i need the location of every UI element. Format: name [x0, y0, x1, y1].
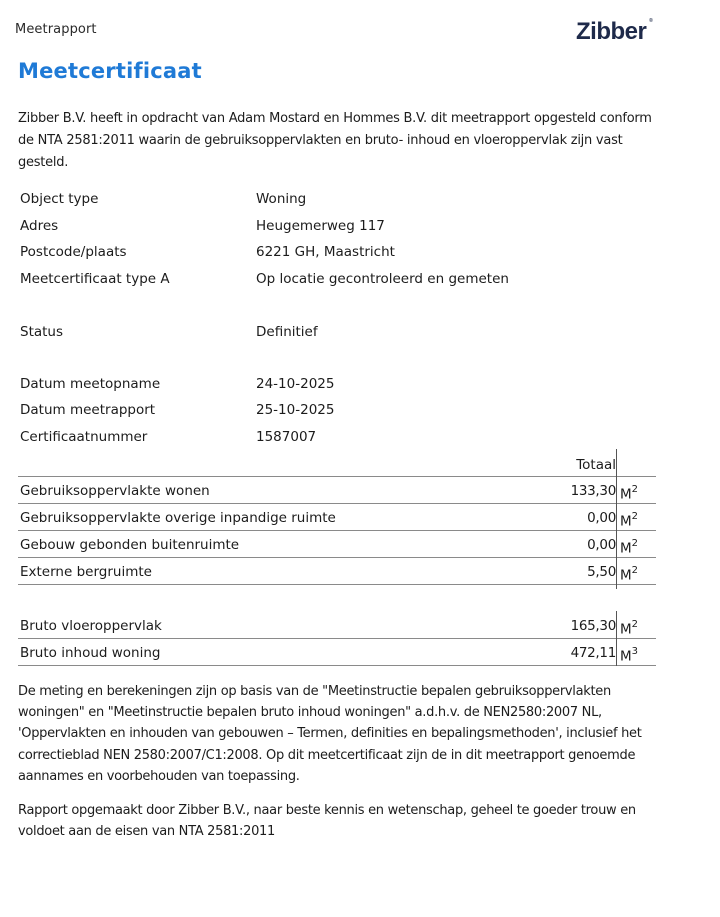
- row-value: 0,00: [587, 532, 616, 558]
- detail-row-survey-date: Datum meetopname 24-10-2025: [20, 374, 580, 394]
- row-value: 133,30: [571, 478, 616, 504]
- table-row: Externe bergruimte 5,50 M2: [18, 558, 656, 585]
- detail-label: Postcode/plaats: [20, 242, 127, 262]
- detail-row-object-type: Object type Woning: [20, 189, 580, 209]
- table-row: Gebruiksoppervlakte overige inpandige ru…: [18, 504, 656, 531]
- detail-row-report-date: Datum meetrapport 25-10-2025: [20, 400, 580, 420]
- detail-value: 24-10-2025: [256, 374, 334, 394]
- row-label: Bruto vloeroppervlak: [20, 613, 162, 639]
- row-label: Gebruiksoppervlakte wonen: [20, 478, 210, 504]
- detail-row-address: Adres Heugemerweg 117: [20, 216, 580, 236]
- row-value: 0,00: [587, 505, 616, 531]
- detail-label: Object type: [20, 189, 98, 209]
- column-divider: [616, 611, 617, 666]
- row-label: Gebouw gebonden buitenruimte: [20, 532, 239, 558]
- page-title: Meetcertificaat: [18, 59, 202, 83]
- detail-value: Definitief: [256, 322, 318, 342]
- detail-label: Certificaatnummer: [20, 427, 147, 447]
- table-header-row: Totaal: [18, 450, 656, 477]
- detail-label: Adres: [20, 216, 58, 236]
- detail-row-status: Status Definitief: [20, 322, 580, 342]
- row-unit: M3: [620, 640, 638, 670]
- detail-row-certificate-type: Meetcertificaat type A Op locatie gecont…: [20, 269, 580, 289]
- detail-label: Datum meetopname: [20, 374, 160, 394]
- column-header-total: Totaal: [576, 452, 616, 478]
- row-unit: M2: [620, 559, 638, 589]
- row-label: Gebruiksoppervlakte overige inpandige ru…: [20, 505, 336, 531]
- detail-label: Meetcertificaat type A: [20, 269, 170, 289]
- table-row: Bruto inhoud woning 472,11 M3: [18, 639, 656, 666]
- detail-value: Op locatie gecontroleerd en gemeten: [256, 269, 509, 289]
- gross-area-table: Bruto vloeroppervlak 165,30 M2 Bruto inh…: [18, 612, 656, 666]
- row-value: 472,11: [571, 640, 616, 666]
- closing-paragraph: Rapport opgemaakt door Zibber B.V., naar…: [18, 800, 668, 842]
- brand-name: Zibber: [576, 18, 646, 45]
- column-divider: [616, 449, 617, 589]
- row-label: Bruto inhoud woning: [20, 640, 160, 666]
- detail-value: Woning: [256, 189, 306, 209]
- usable-area-table: Totaal Gebruiksoppervlakte wonen 133,30 …: [18, 450, 656, 585]
- detail-row-postcode: Postcode/plaats 6221 GH, Maastricht: [20, 242, 580, 262]
- row-value: 5,50: [587, 559, 616, 585]
- zibber-logo: Zibber®: [576, 18, 646, 46]
- detail-label: Status: [20, 322, 63, 342]
- table-row: Gebruiksoppervlakte wonen 133,30 M2: [18, 477, 656, 504]
- detail-value: 6221 GH, Maastricht: [256, 242, 395, 262]
- row-value: 165,30: [571, 613, 616, 639]
- method-paragraph: De meting en berekeningen zijn op basis …: [18, 681, 668, 787]
- intro-paragraph: Zibber B.V. heeft in opdracht van Adam M…: [18, 108, 668, 174]
- table-row: Gebouw gebonden buitenruimte 0,00 M2: [18, 531, 656, 558]
- report-header-label: Meetrapport: [15, 22, 97, 37]
- registered-mark-icon: ®: [649, 18, 652, 24]
- detail-value: 25-10-2025: [256, 400, 334, 420]
- table-row: Bruto vloeroppervlak 165,30 M2: [18, 612, 656, 639]
- detail-value: Heugemerweg 117: [256, 216, 385, 236]
- detail-value: 1587007: [256, 427, 316, 447]
- row-label: Externe bergruimte: [20, 559, 152, 585]
- detail-label: Datum meetrapport: [20, 400, 155, 420]
- detail-row-certificate-number: Certificaatnummer 1587007: [20, 427, 580, 447]
